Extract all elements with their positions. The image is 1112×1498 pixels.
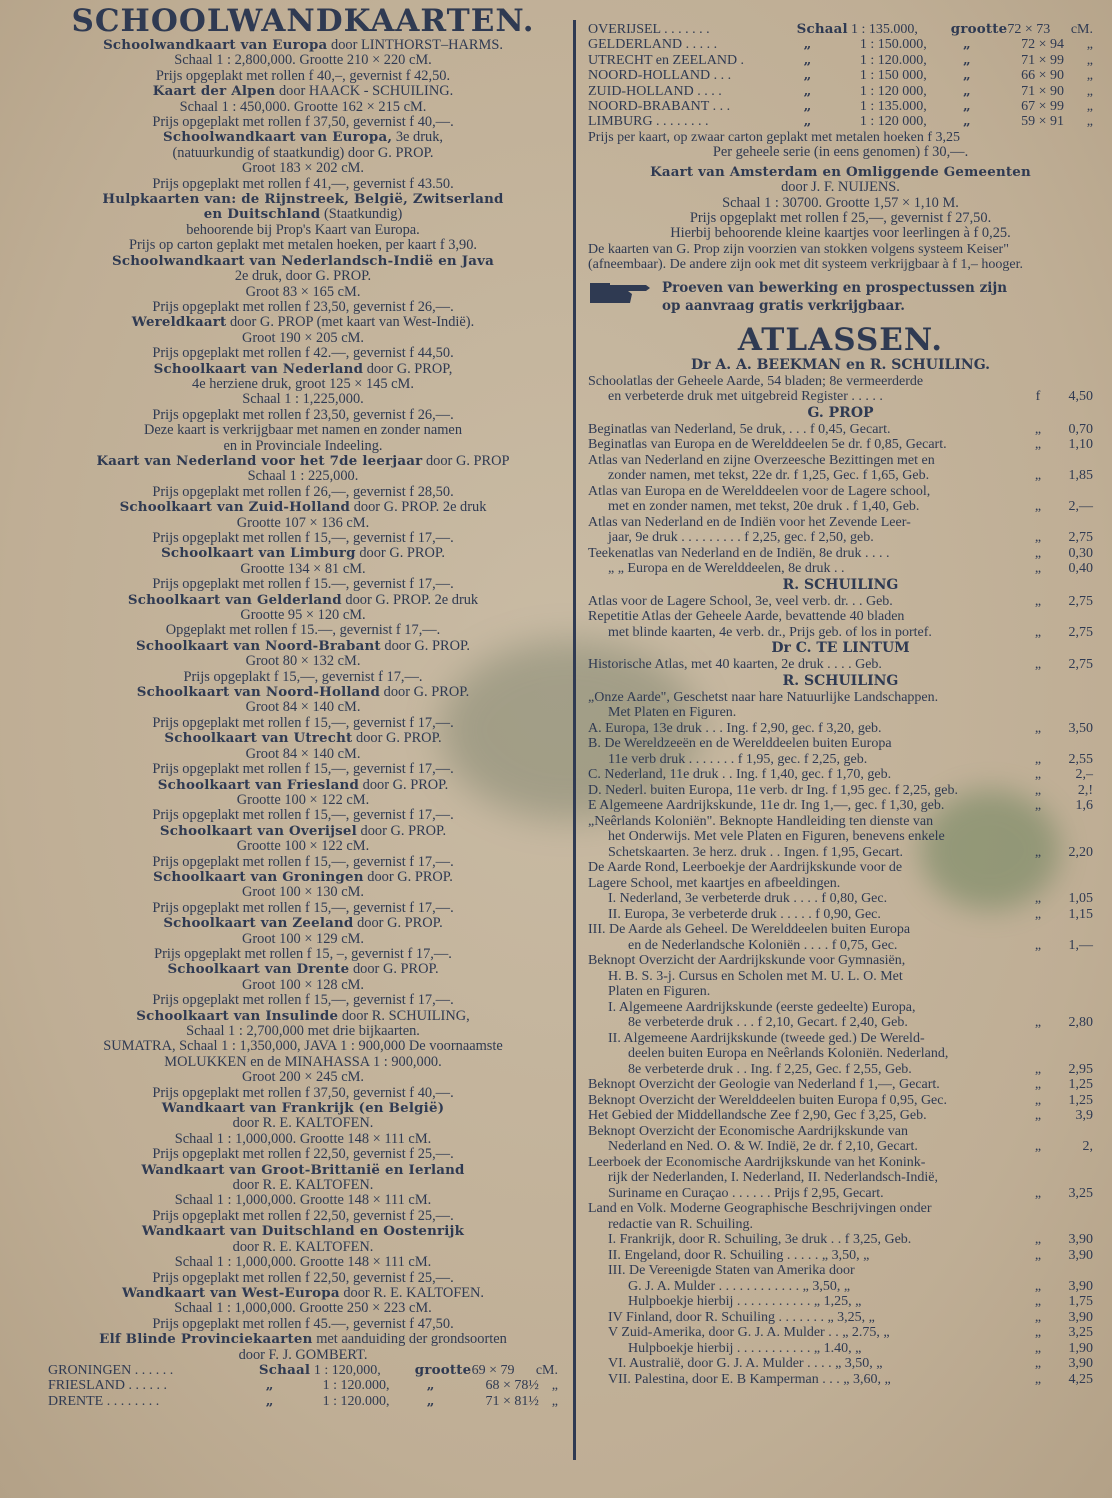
listing-line: Wandkaart van Groot-Brittanië en Ierland [48,1163,558,1178]
unit: „ [1087,99,1093,114]
listing-detail: door LINTHORST–HARMS. [327,37,503,53]
atlas-price [1051,1046,1093,1062]
column-divider [573,20,576,1460]
atlas-price [1051,876,1093,892]
atlas-title: A. Europa, 13e druk . . . Ing. f 2,90, g… [588,721,1025,737]
size-label: „ [963,68,1021,83]
atlas-title: met blinde kaarten, 4e verb. dr., Prijs … [588,625,1025,641]
province-row: FRIESLAND . . . . . .„1 : 120.000,„68 × … [48,1378,558,1393]
scale-label: „ [266,1378,323,1393]
ditto-mark [1025,1124,1051,1140]
atlas-title: Leerboek der Economische Aardrijkskunde … [588,1155,1025,1171]
listing-detail: Prijs opgeplakt met rollen f 15,—, gever… [152,992,453,1008]
atlas-price: 0,40 [1051,561,1093,577]
ditto-mark [1025,453,1051,469]
size-label: „ [963,114,1021,129]
atlas-title: Atlas van Nederland en zijne Overzeesche… [588,453,1025,469]
atlas-row: I. Frankrijk, door R. Schuiling, 3e druk… [588,1232,1093,1248]
listing-line: Schoolkaart van Limburg door G. PROP. [48,546,558,561]
listing-detail: door G. PROP (met kaart van West-Indië). [226,314,474,330]
ditto-mark: „ [1025,1015,1051,1031]
listing-detail: Prijs opgeplakt met rollen f 15.—, gever… [152,576,453,592]
listing-detail: Deze kaart is verkrijgbaar met namen en … [144,422,462,438]
atlas-title: „Onze Aarde", Geschetst naar hare Natuur… [588,690,1025,706]
atlas-title: Hulpboekje hierbij . . . . . . . . . . .… [588,1341,1025,1357]
atlas-title: Atlas van Nederland en de Indiën voor he… [588,515,1025,531]
listing-line: Prijs opgeplakt f 15,—, gevernist f 17,—… [48,670,558,685]
ditto-mark: „ [1025,1232,1051,1248]
atlas-price: 1,6 [1051,798,1093,814]
atlas-title: VII. Palestina, door E. B Kamperman . . … [588,1372,1025,1388]
atlas-title: D. Nederl. buiten Europa, 11e verb. dr I… [588,783,1025,799]
listing-line: door F. J. GOMBERT. [48,1348,558,1363]
listing-line: Schoolkaart van Insulinde door R. SCHUIL… [48,1009,558,1024]
atlas-title: C. Nederland, 11e druk . . Ing. f 1,40, … [588,767,1025,783]
listing-line: Schaal 1 : 225,000. [48,469,558,484]
atlas-row: I. Nederland, 3e verbeterde druk . . . .… [588,891,1093,907]
atlas-price: 3,90 [1051,1310,1093,1326]
scale-value: 1 : 150 000, [860,68,963,83]
ditto-mark: „ [1025,561,1051,577]
listing-line: Deze kaart is verkrijgbaar met namen en … [48,423,558,438]
scale-label: „ [266,1394,323,1409]
atlas-price [1051,860,1093,876]
atlas-row: Land en Volk. Moderne Geographische Besc… [588,1201,1093,1217]
atlas-price: 2,20 [1051,845,1093,861]
atlas-price: 2,— [1051,499,1093,515]
author-heading: G. PROP [588,405,1093,422]
atlas-row: IV Finland, door R. Schuiling . . . . . … [588,1310,1093,1326]
listing-line: (natuurkundig of staatkundig) door G. PR… [48,146,558,161]
atlas-row: Atlas van Europa en de Werelddeelen voor… [588,484,1093,500]
atlas-title: Lagere School, met kaartjes en afbeeldin… [588,876,1025,892]
listing-detail: Prijs opgeplakt met rollen f 15,—, gever… [152,807,453,823]
ditto-mark: „ [1025,891,1051,907]
ditto-mark: „ [1025,845,1051,861]
atlas-price: 2,! [1051,783,1093,799]
listing-detail: Prijs opgeplakt met rollen f 37,50, geve… [152,1085,453,1101]
listing-line: Schaal 1 : 1,000,000. Grootte 148 × 111 … [48,1132,558,1147]
listing-detail: door R. E. KALTOFEN. [233,1239,374,1255]
atlas-price: 1,— [1051,938,1093,954]
atlas-price: 3,25 [1051,1325,1093,1341]
listing-detail: Groot 84 × 140 cM. [246,699,361,715]
listing-title: Wandkaart van Frankrijk (en België) [162,1100,444,1116]
listing-detail: 2e druk, door G. PROP. [235,268,371,284]
atlas-row: 8e verbeterde druk . . Ing. f 2,25, Gec.… [588,1062,1093,1078]
listing-detail: Prijs opgeplakt met rollen f 42.—, gever… [152,345,453,361]
ditto-mark: „ [1025,594,1051,610]
ditto-mark: „ [1025,422,1051,438]
unit: cM. [1071,22,1093,37]
listing-detail: door R. E. KALTOFEN. [233,1115,374,1131]
listing-line: Groot 183 × 202 cM. [48,161,558,176]
listing-title: Hulpkaarten van: de Rijnstreek, België, … [102,191,503,207]
listing-line: Schaal 1 : 2,800,000. Grootte 210 × 220 … [48,53,558,68]
atlas-row: deelen buiten Europa en Neêrlands Koloni… [588,1046,1093,1062]
listing-line: Grootte 134 × 81 cM. [48,562,558,577]
province-series-price: Per geheele serie (in eens genomen) f 30… [588,145,1093,160]
atlas-row: en verbeterde druk met uitgebreid Regist… [588,389,1093,405]
atlas-title: „Neêrlands Koloniën". Beknopte Handleidi… [588,814,1025,830]
listing-line: Grootte 100 × 122 cM. [48,839,558,854]
atlas-price [1051,814,1093,830]
atlas-price [1051,969,1093,985]
atlas-row: jaar, 9e druk . . . . . . . . . f 2,25, … [588,530,1093,546]
pointing-hand-icon [588,279,652,305]
scale-label: „ [804,99,860,114]
ditto-mark [1025,484,1051,500]
atlas-title: Beknopt Overzicht der Economische Aardri… [588,1124,1025,1140]
listing-line: Schaal 1 : 1,000,000. Grootte 148 × 111 … [48,1255,558,1270]
listing-line: en Duitschland (Staatkundig) [48,207,558,222]
listing-title: Wandkaart van Duitschland en Oostenrijk [142,1223,464,1239]
ditto-mark [1025,374,1051,390]
province-name: LIMBURG . . . . . . . . [588,114,804,129]
atlas-price: 1,15 [1051,907,1093,923]
atlas-row: A. Europa, 13e druk . . . Ing. f 2,90, g… [588,721,1093,737]
atlas-row: Beginatlas van Europa en de Werelddeelen… [588,437,1093,453]
listing-line: Prijs opgeplakt met rollen f 37,50, geve… [48,1086,558,1101]
listing-detail: door R. SCHUILING, [338,1008,470,1024]
ditto-mark: „ [1025,1186,1051,1202]
atlas-title: „ „ Europa en de Werelddeelen, 8e druk .… [588,561,1025,577]
listing-line: Elf Blinde Provinciekaarten met aanduidi… [48,1332,558,1347]
ditto-mark [1025,1170,1051,1186]
size-value: 69 × 79 [472,1363,536,1378]
scale-value: 1 : 150.000, [860,37,963,52]
listing-detail: door G. PROP. [364,869,453,885]
ditto-mark: „ [1025,1279,1051,1295]
atlas-price: 1,05 [1051,891,1093,907]
atlas-row: Met Platen en Figuren. [588,705,1093,721]
listing-line: Groot 200 × 245 cM. [48,1070,558,1085]
listing-line: Prijs opgeplakt met rollen f 37,50, geve… [48,115,558,130]
atlas-price [1051,736,1093,752]
atlas-price [1051,1155,1093,1171]
unit: „ [1087,68,1093,83]
atlas-price: 3,90 [1051,1232,1093,1248]
listing-line: Schoolkaart van Gelderland door G. PROP.… [48,593,558,608]
listing-detail: Prijs opgeplakt met rollen f 45.—, gever… [152,1316,453,1332]
atlas-title: Beknopt Overzicht der Werelddeelen buite… [588,1093,1025,1109]
ditto-mark: „ [1025,1248,1051,1264]
ditto-mark: „ [1025,938,1051,954]
ditto-mark: „ [1025,1093,1051,1109]
size-label: „ [427,1378,486,1393]
ditto-mark: „ [1025,1294,1051,1310]
listing-detail: 4e herziene druk, groot 125 × 145 cM. [192,376,414,392]
listing-line: Groot 84 × 140 cM. [48,747,558,762]
listing-line: Prijs opgeplakt met rollen f 42.—, gever… [48,346,558,361]
atlas-title: 11e verb druk . . . . . . . f 1,95, gec.… [588,752,1025,768]
listing-detail: Prijs opgeplakt met rollen f 22,50, geve… [152,1270,453,1286]
atlas-title: 8e verbeterde druk . . Ing. f 2,25, Gec.… [588,1062,1025,1078]
listing-line: Prijs opgeplakt met rollen f 15,—, gever… [48,808,558,823]
listing-line: Schoolwandkaart van Nederlandsch-Indië e… [48,254,558,269]
atlas-row: III. De Vereenigde Staten van Amerika do… [588,1263,1093,1279]
atlas-price [1051,690,1093,706]
listing-line: Prijs opgeplakt met rollen f 15,—, gever… [48,993,558,1008]
listing-detail: door HAACK - SCHUILING. [275,83,453,99]
atlas-row: II. Engeland, door R. Schuiling . . . . … [588,1248,1093,1264]
listing-detail: Prijs opgeplakt met rollen f 40,–, gever… [156,68,450,84]
atlas-title: Suriname en Curaçao . . . . . . Prijs f … [588,1186,1025,1202]
atlas-row: VII. Palestina, door E. B Kamperman . . … [588,1372,1093,1388]
atlas-title: met en zonder namen, met tekst, 20e druk… [588,499,1025,515]
listing-line: Schoolkaart van Utrecht door G. PROP. [48,731,558,746]
province-name: ZUID-HOLLAND . . . . [588,84,804,99]
atlas-row: II. Europa, 3e verbeterde druk . . . . .… [588,907,1093,923]
atlas-price [1051,1217,1093,1233]
atlas-price: 3,90 [1051,1248,1093,1264]
scale-label: „ [804,37,860,52]
ditto-mark: „ [1025,767,1051,783]
listing-line: Prijs opgeplakt met rollen f 15,—, gever… [48,855,558,870]
listing-line: Kaart der Alpen door HAACK - SCHUILING. [48,84,558,99]
listing-line: MOLUKKEN en de MINAHASSA 1 : 900,000. [48,1055,558,1070]
atlas-row: D. Nederl. buiten Europa, 11e verb. dr I… [588,783,1093,799]
listing-line: Prijs opgeplakt met rollen f 15,—, gever… [48,531,558,546]
listing-line: door R. E. KALTOFEN. [48,1116,558,1131]
listing-line: Schoolkaart van Overijsel door G. PROP. [48,824,558,839]
atlas-price: 1,75 [1051,1294,1093,1310]
listing-line: Prijs opgeplakt met rollen f 40,–, gever… [48,69,558,84]
atlas-price: 4,25 [1051,1372,1093,1388]
listing-detail: Grootte 95 × 120 cM. [240,607,365,623]
size-label: „ [963,99,1021,114]
listing-detail: Opgeplakt met rollen f 15.—, gevernist f… [166,622,441,638]
atlas-price [1051,453,1093,469]
size-label: „ [963,53,1021,68]
listing-line: Prijs opgeplakt met rollen f 15,—, gever… [48,762,558,777]
atlas-title: zonder namen, met tekst, 22e dr. f 1,25,… [588,468,1025,484]
ditto-mark [1025,1217,1051,1233]
ditto-mark: „ [1025,546,1051,562]
atlas-title: IV Finland, door R. Schuiling . . . . . … [588,1310,1025,1326]
listing-detail: Grootte 100 × 122 cM. [237,838,369,854]
atlas-title: Teekenatlas van Nederland en de Indiën, … [588,546,1025,562]
listing-title: Schoolkaart van Gelderland [128,592,342,608]
listing-line: Wandkaart van Duitschland en Oostenrijk [48,1224,558,1239]
atlas-price [1051,705,1093,721]
atlas-row: Atlas voor de Lagere School, 3e, veel ve… [588,594,1093,610]
listing-detail: Prijs opgeplakt f 15,—, gevernist f 17,—… [183,669,422,685]
scale-label: „ [804,53,860,68]
listing-detail: door G. PROP. [359,777,448,793]
listing-title: Wereldkaart [132,314,227,330]
atlas-title: rijk der Nederlanden, I. Nederland, II. … [588,1170,1025,1186]
ditto-mark [1025,1046,1051,1062]
ditto-mark [1025,705,1051,721]
scale-label: „ [804,68,860,83]
listing-detail: Groot 84 × 140 cM. [246,746,361,762]
atlas-title: en de Nederlandsche Koloniën . . . . f 0… [588,938,1025,954]
atlas-price: 3,50 [1051,721,1093,737]
listing-title: Schoolkaart van Insulinde [136,1008,338,1024]
atlas-row: met blinde kaarten, 4e verb. dr., Prijs … [588,625,1093,641]
atlas-row: Atlas van Nederland en de Indiën voor he… [588,515,1093,531]
listing-line: Schoolkaart van Zeeland door G. PROP. [48,916,558,931]
section-title-schoolwandkaarten: SCHOOLWANDKAARTEN. [48,4,558,38]
atlas-price: 2,55 [1051,752,1093,768]
listing-line: Schaal 1 : 1,000,000. Grootte 250 × 223 … [48,1301,558,1316]
listing-detail: Groot 80 × 132 cM. [246,653,361,669]
listing-line: Prijs opgeplakt met rollen f 26,—, gever… [48,485,558,500]
listing-line: Prijs opgeplakt met rollen f 22,50, geve… [48,1271,558,1286]
atlas-price: 1,25 [1051,1077,1093,1093]
atlas-title: II. Europa, 3e verbeterde druk . . . . .… [588,907,1025,923]
scale-label: Schaal [259,1363,314,1378]
listing-title: Schoolkaart van Zeeland [163,915,353,931]
listing-detail: behoorende bij Prop's Kaart van Europa. [186,222,420,238]
atlas-row: het Onderwijs. Met vele Platen en Figure… [588,829,1093,845]
ditto-mark [1025,860,1051,876]
amsterdam-scale: Schaal 1 : 30700. Grootte 1,57 × 1,10 M. [588,196,1093,211]
size-value: 59 × 91 [1021,114,1087,129]
province-name: GRONINGEN . . . . . . [48,1363,259,1378]
atlas-price: 0,70 [1051,422,1093,438]
province-row: NOORD-HOLLAND . . .„1 : 150 000,„66 × 90… [588,68,1093,83]
listing-detail: door R. E. KALTOFEN. [340,1285,484,1301]
listing-detail: door R. E. KALTOFEN. [233,1177,374,1193]
size-value: 72 × 94 [1021,37,1087,52]
atlas-title: Beknopt Overzicht der Geologie van Neder… [588,1077,1025,1093]
scale-value: 1 : 120,000, [314,1363,415,1378]
listing-line: Groot 80 × 132 cM. [48,654,558,669]
atlas-row: Nederland en Ned. O. & W. Indië, 2e dr. … [588,1139,1093,1155]
listing-detail: Groot 183 × 202 cM. [242,160,364,176]
atlas-row: Atlas van Nederland en zijne Overzeesche… [588,453,1093,469]
listing-detail: Prijs opgeplakt met rollen f 15, –, geve… [154,946,452,962]
listing-detail: Grootte 100 × 122 cM. [237,792,369,808]
atlas-row: rijk der Nederlanden, I. Nederland, II. … [588,1170,1093,1186]
atlas-title: II. Algemeene Aardrijkskunde (tweede ged… [588,1031,1025,1047]
atlas-title: V Zuid-Amerika, door G. J. A. Mulder . .… [588,1325,1025,1341]
atlas-price: 2,75 [1051,625,1093,641]
atlas-title: redactie van R. Schuiling. [588,1217,1025,1233]
atlas-title: VI. Australië, door G. J. A. Mulder . . … [588,1356,1025,1372]
atlas-price: 4,50 [1051,389,1093,405]
listing-line: Prijs opgeplakt met rollen f 41,—, gever… [48,177,558,192]
listing-title: Schoolkaart van Utrecht [164,730,352,746]
listing-line: Wandkaart van West-Europa door R. E. KAL… [48,1286,558,1301]
listing-detail: Grootte 134 × 81 cM. [240,561,365,577]
atlas-price: 1,10 [1051,437,1093,453]
atlas-price: 3,90 [1051,1279,1093,1295]
atlas-price: 2, [1051,1139,1093,1155]
ditto-mark [1025,609,1051,625]
atlas-title: Beginatlas van Europa en de Werelddeelen… [588,437,1025,453]
listing-line: Prijs opgeplakt met rollen f 23,50, geve… [48,300,558,315]
listing-title: Kaart der Alpen [153,83,276,99]
province-name: NOORD-HOLLAND . . . [588,68,804,83]
atlas-row: G. J. A. Mulder . . . . . . . . . . . . … [588,1279,1093,1295]
listing-detail: Groot 100 × 128 cM. [242,977,364,993]
ditto-mark [1025,922,1051,938]
listing-detail: Schaal 1 : 225,000. [248,468,359,484]
atlas-price: 2,75 [1051,530,1093,546]
listing-line: door R. E. KALTOFEN. [48,1240,558,1255]
listing-line: Schaal 1 : 450,000. Grootte 162 × 215 cM… [48,100,558,115]
atlas-price [1051,1031,1093,1047]
atlas-price [1051,953,1093,969]
atlas-row: B. De Wereldzeeën en de Werelddeelen bui… [588,736,1093,752]
atlas-row: „Onze Aarde", Geschetst naar hare Natuur… [588,690,1093,706]
unit: cM. [536,1363,558,1378]
size-value: 71 × 90 [1021,84,1087,99]
atlas-row: Lagere School, met kaartjes en afbeeldin… [588,876,1093,892]
atlas-row: I. Algemeene Aardrijkskunde (eerste gede… [588,1000,1093,1016]
province-name: NOORD-BRABANT . . . [588,99,804,114]
listing-line: Schoolkaart van Noord-Brabant door G. PR… [48,639,558,654]
listing-title: en Duitschland [204,206,321,222]
atlas-row: H. B. S. 3-j. Cursus en Scholen met M. U… [588,969,1093,985]
ditto-mark: „ [1025,1356,1051,1372]
listing-title: Schoolkaart van Nederland [154,361,363,377]
map-listing: Schoolwandkaart van Europa door LINTHORS… [48,38,558,1363]
province-list: GRONINGEN . . . . . .Schaal1 : 120,000,g… [48,1363,558,1409]
atlas-row: V Zuid-Amerika, door G. J. A. Mulder . .… [588,1325,1093,1341]
listing-line: 2e druk, door G. PROP. [48,269,558,284]
listing-detail: Prijs opgeplakt met rollen f 15,—, gever… [152,854,453,870]
listing-detail: Schaal 1 : 450,000. Grootte 162 × 215 cM… [180,99,427,115]
listing-line: Prijs opgeplakt met rollen f 22,50, geve… [48,1209,558,1224]
listing-detail: Prijs opgeplakt met rollen f 22,50, geve… [152,1208,453,1224]
atlas-title: Nederland en Ned. O. & W. Indië, 2e dr. … [588,1139,1025,1155]
atlas-row: Hulpboekje hierbij . . . . . . . . . . .… [588,1341,1093,1357]
atlas-title: Historische Atlas, met 40 kaarten, 2e dr… [588,657,1025,673]
atlas-row: „Neêrlands Koloniën". Beknopte Handleidi… [588,814,1093,830]
listing-title: Schoolkaart van Overijsel [160,823,357,839]
unit: „ [1087,37,1093,52]
atlas-price: 1,90 [1051,1341,1093,1357]
atlas-title: I. Frankrijk, door R. Schuiling, 3e druk… [588,1232,1025,1248]
ditto-mark: f [1025,389,1051,405]
atlas-price: 3,90 [1051,1356,1093,1372]
atlas-price: 2,75 [1051,594,1093,610]
author-heading: Dr C. TE LINTUM [588,640,1093,657]
size-value: 71 × 81½ [486,1394,552,1409]
listing-detail: door G. PROP [422,453,509,469]
atlas-title: 8e verbeterde druk . . . f 2,10, Gecart.… [588,1015,1025,1031]
listing-line: Hulpkaarten van: de Rijnstreek, België, … [48,192,558,207]
atlas-title: Het Gebied der Middellandsche Zee f 2,90… [588,1108,1025,1124]
listing-detail: door G. PROP, [363,361,452,377]
listing-detail: Grootte 107 × 136 cM. [237,515,369,531]
size-label: grootte [415,1363,472,1378]
atlas-price: 2,75 [1051,657,1093,673]
atlas-row: III. De Aarde als Geheel. De Werelddeele… [588,922,1093,938]
atlas-title: jaar, 9e druk . . . . . . . . . f 2,25, … [588,530,1025,546]
atlas-row: Platen en Figuren. [588,984,1093,1000]
listing-line: en in Provinciale Indeeling. [48,439,558,454]
listing-detail: Schaal 1 : 1,225,000. [242,391,364,407]
unit: „ [552,1378,558,1393]
listing-title: Schoolkaart van Noord-Holland [137,684,380,700]
listing-detail: Groot 100 × 130 cM. [242,884,364,900]
scale-value: 1 : 135.000, [851,22,951,37]
scale-value: 1 : 120.000, [323,1394,427,1409]
listing-title: Schoolkaart van Groningen [153,869,364,885]
ditto-mark: „ [1025,783,1051,799]
atlas-price: 2,80 [1051,1015,1093,1031]
listing-line: Groot 190 × 205 cM. [48,331,558,346]
listing-line: behoorende bij Prop's Kaart van Europa. [48,223,558,238]
province-list-continued: OVERIJSEL . . . . . . .Schaal1 : 135.000… [588,22,1093,130]
listing-line: Prijs op carton geplakt met metalen hoek… [48,238,558,253]
atlas-title: Met Platen en Figuren. [588,705,1025,721]
